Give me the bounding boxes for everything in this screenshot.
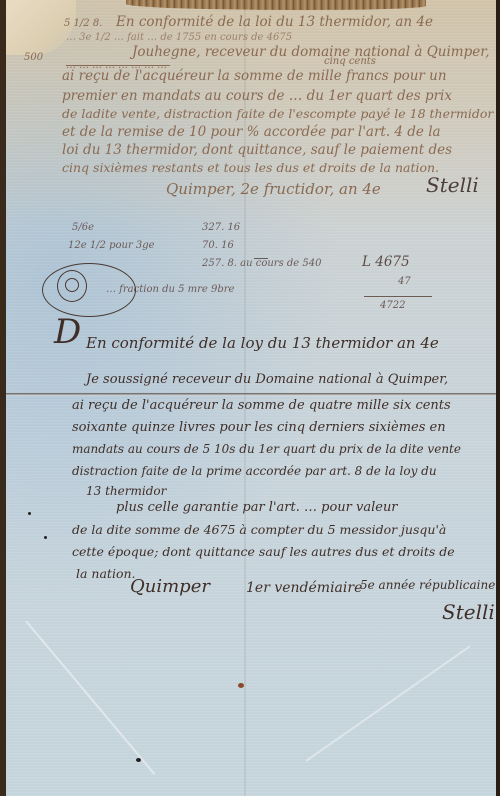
sum-rule — [364, 296, 432, 297]
document-page: 5 1/2 8. 500 En conformité de la loi du … — [6, 0, 500, 796]
receipt-2-line: Je soussigné receveur du Domaine nationa… — [86, 372, 448, 387]
receipt-1-line: ai reçu de l'acquéreur la somme de mille… — [62, 68, 447, 84]
receipt-2-line: mandats au cours de 5 10s du 1er quart d… — [72, 442, 461, 456]
receipt-1-line: Jouhegne, receveur du domaine national à… — [132, 44, 490, 60]
interlinear-insert: cinq cents — [324, 56, 376, 67]
calc-sum: 4722 — [380, 300, 405, 311]
receipt-2-line: 13 thermidor — [86, 484, 166, 498]
flourish-spiral — [42, 263, 136, 317]
calc-addend: 47 — [398, 276, 411, 287]
receipt-2-date: 1er vendémiaire — [246, 580, 362, 596]
calc-amount: 257. 8. au cours de 540 — [202, 258, 321, 269]
crease — [305, 645, 470, 761]
ink-spot — [44, 536, 47, 539]
receipt-2-line: de la dite somme de 4675 à compter du 5 … — [72, 522, 446, 537]
receipt-2-heading: En conformité de la loy du 13 thermidor … — [86, 334, 439, 352]
receipt-2-year: 5e année républicaine — [360, 578, 495, 592]
receipt-1-line: de ladite vente, distraction faite de l'… — [62, 106, 493, 121]
signature-2: Stelli — [442, 600, 495, 624]
calc-label: 12e 1/2 pour 3ge — [68, 240, 155, 251]
torn-edge — [126, 0, 426, 10]
calc-amount: 70. 16 — [202, 240, 234, 251]
calc-total: L 4675 — [362, 254, 410, 270]
receipt-1-line: En conformité de la loi du 13 thermidor,… — [116, 14, 433, 30]
margin-note: 500 — [24, 52, 43, 63]
signature-1: Stelli — [426, 173, 479, 197]
receipt-1-date: Quimper, 2e fructidor, an 4e — [166, 180, 381, 198]
receipt-2-line: plus celle garantie par l'art. … pour va… — [116, 500, 398, 515]
receipt-2-line: cette époque; dont quittance sauf les au… — [72, 544, 455, 559]
receipt-1-line: loi du 13 thermidor, dont quittance, sau… — [62, 142, 452, 158]
receipt-2-line: la nation. — [76, 566, 136, 581]
rust-stain — [238, 683, 244, 688]
ink-spot — [136, 758, 141, 762]
receipt-1-line: premier en mandats au cours de … du 1er … — [62, 88, 452, 104]
crease — [25, 620, 155, 774]
receipt-1-line: … 3e 1/2 … fait … de 1755 en cours de 46… — [66, 32, 292, 43]
horizontal-fold — [6, 393, 500, 396]
receipt-2-line: soixante quinze livres pour les cinq der… — [72, 420, 446, 435]
receipt-2-place: Quimper — [130, 576, 210, 597]
flourish-initial: D — [54, 312, 81, 352]
receipt-1-line: cinq sixièmes restants et tous les dus e… — [62, 160, 439, 175]
receipt-2-line: distraction faite de la prime accordée p… — [72, 464, 437, 478]
top-left-marks: 5 1/2 8. — [64, 18, 102, 29]
receipt-2-line: ai reçu de l'acquéreur la somme de quatr… — [72, 398, 451, 413]
calc-label: 5/6e — [72, 222, 94, 233]
page-edge — [496, 0, 500, 796]
calc-amount: 327. 16 — [202, 222, 240, 233]
receipt-1-line: et de la remise de 10 pour % accordée pa… — [62, 124, 441, 140]
ink-spot — [28, 512, 31, 515]
